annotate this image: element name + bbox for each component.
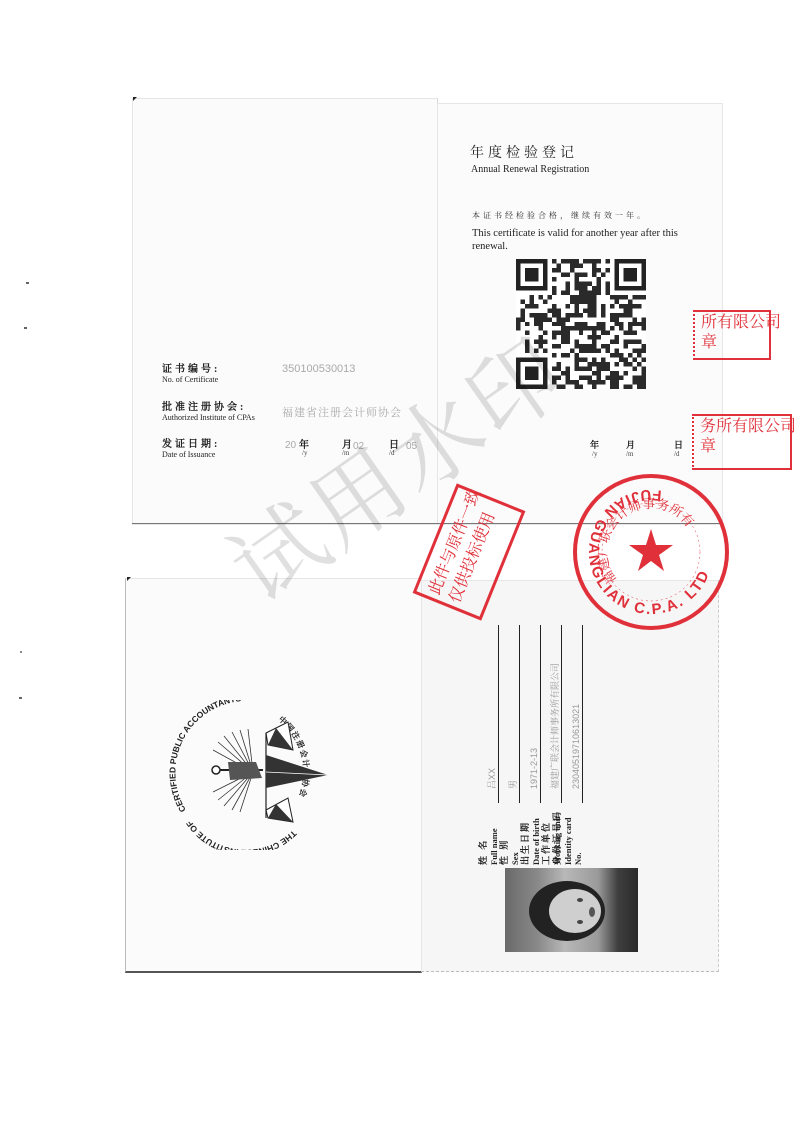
holder-field-row: 姓 名Full name吕XX xyxy=(478,625,499,865)
renewal-title: 年度检验登记 xyxy=(470,142,578,162)
scan-speck xyxy=(19,697,22,699)
holder-field-label: 出生日期Date of birth xyxy=(518,803,541,865)
holder-field-row: 性 别Sex男 xyxy=(499,625,520,865)
svg-text:THE CHINESE INSTITUTE OF: THE CHINESE INSTITUTE OF xyxy=(184,819,298,850)
holder-field-value: 23040519710613021 xyxy=(570,625,583,803)
issuance-date-label: 发证日期: Date of Issuance xyxy=(162,435,220,459)
holder-field-value: 男 xyxy=(507,625,520,803)
page-corner-mark xyxy=(133,97,137,101)
holder-photo xyxy=(505,868,638,952)
institute-label: 批准注册协会: Authorized Institute of CPAs xyxy=(162,398,255,422)
holder-field-value: 1971-2-13 xyxy=(528,625,541,803)
certificate-number-label: 证书编号: No. of Certificate xyxy=(162,360,220,384)
scan-speck xyxy=(24,327,27,329)
page-corner-mark xyxy=(127,577,131,581)
company-seal-stamp: 所有限公司 章 xyxy=(693,310,771,360)
holder-field-row: 出生日期Date of birth1971-2-13 xyxy=(520,625,541,865)
scan-speck xyxy=(20,651,22,653)
company-seal-stamp: 务所有限公司 章 xyxy=(692,414,792,470)
renewal-subtitle: Annual Renewal Registration xyxy=(471,164,589,175)
certificate-number-value: 350100530013 xyxy=(282,363,355,375)
holder-field-value: 吕XX xyxy=(486,625,499,803)
holder-info: 姓 名Full name吕XX性 别Sex男出生日期Date of birth1… xyxy=(478,625,583,865)
round-company-seal: FUJIAN GUANGLIAN C.P.A. LTD 福建广联会计师事务所有限… xyxy=(572,473,730,631)
holder-field-value: 福建广联会计师事务所有限公司 xyxy=(549,625,562,803)
holder-field-label: 身份证号码Identity card No. xyxy=(550,803,583,865)
holder-field-label: 姓 名Full name xyxy=(476,803,499,865)
renewal-text-zh: 本证书经检验合格，继续有效一年。 xyxy=(472,210,648,221)
balance-scale-icon xyxy=(212,722,328,822)
portrait-image xyxy=(505,868,638,952)
renewal-text-en: This certificate is valid for another ye… xyxy=(472,227,692,253)
cicpa-logo: CERTIFIED PUBLIC ACCOUNTANTS THE CHINESE… xyxy=(158,700,338,850)
star-icon xyxy=(629,529,673,571)
holder-field-label: 性 别Sex xyxy=(497,803,520,865)
holder-field-row: 身份证号码Identity card No.23040519710613021 xyxy=(562,625,583,865)
svg-text:CERTIFIED PUBLIC ACCOUNTANTS: CERTIFIED PUBLIC ACCOUNTANTS xyxy=(167,700,242,814)
scan-speck xyxy=(26,282,29,284)
